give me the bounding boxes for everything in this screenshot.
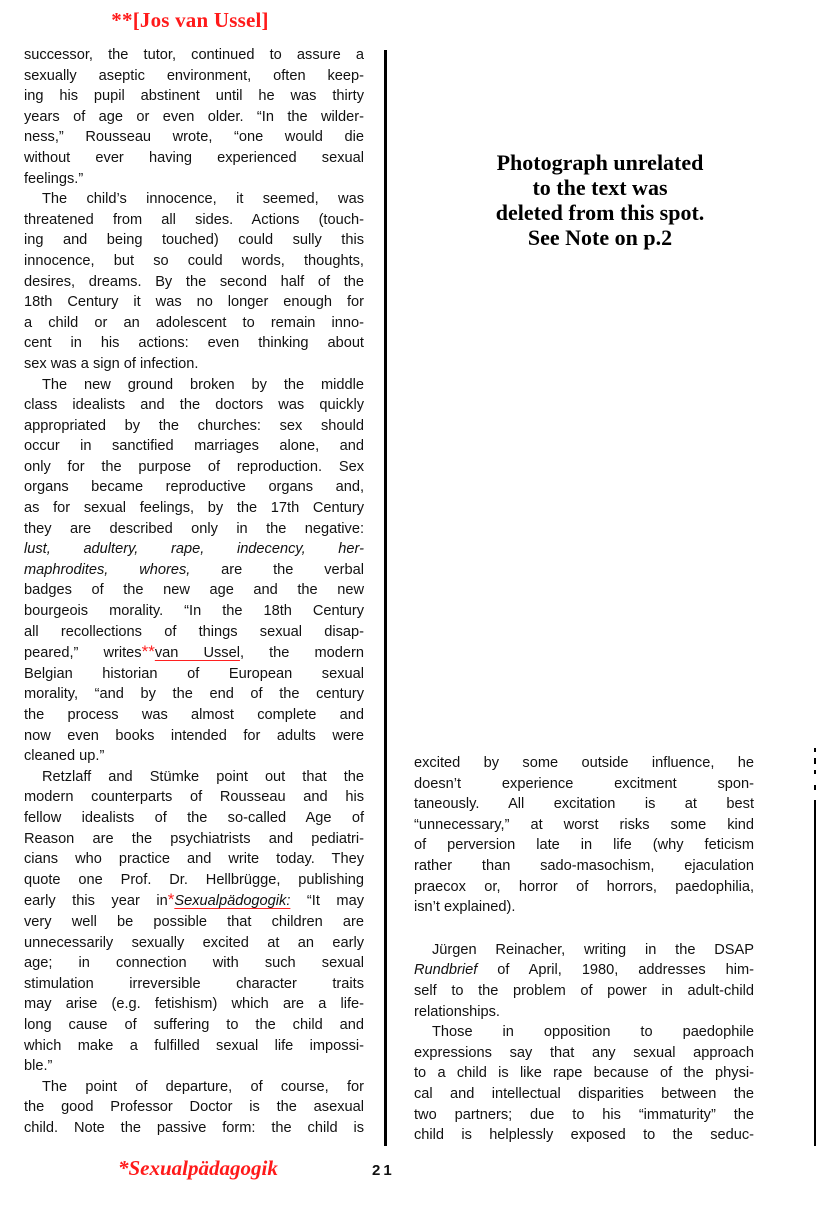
text-line: stimulation irreversible character trait…	[24, 974, 364, 995]
text-line: The child’s innocence, it seemed, was	[24, 189, 364, 210]
paragraph: Retzlaff and Stümke point out that the m…	[24, 767, 364, 1077]
text-line: cal and intellectual disparities between…	[414, 1084, 754, 1105]
text-line: isn’t explained).	[414, 897, 754, 918]
van-ussel-link[interactable]: van Ussel	[155, 645, 240, 661]
paragraph: Jürgen Reinacher, writing in the DSAP Ru…	[414, 940, 754, 1022]
text-line: organs became reproductive organs and,	[24, 477, 364, 498]
text-line: now even books intended for adults were	[24, 726, 364, 747]
italic-text: lust, adultery, rape, indecency, her-	[24, 541, 364, 557]
page-number: 21	[372, 1162, 395, 1179]
text-line: very well be possible that children are	[24, 912, 364, 933]
text-line: The new ground broken by the middle	[24, 375, 364, 396]
text-line: 18th Century it was no longer enough for	[24, 292, 364, 313]
text-line: ness,” Rousseau wrote, “one would die	[24, 127, 364, 148]
text-line: sex was a sign of infection.	[24, 354, 364, 375]
left-column: successor, the tutor, continued to assur…	[24, 45, 364, 1138]
note-line: deleted from this spot.	[450, 200, 750, 225]
column-divider	[384, 50, 387, 1146]
text-line: of perversion late in life (why feticism	[414, 835, 754, 856]
paragraph: The point of departure, of course, for t…	[24, 1077, 364, 1139]
text-line: to a child is like rape because of the p…	[414, 1063, 754, 1084]
text-line: they are described only in the negative:	[24, 519, 364, 540]
text-line: Belgian historian of European sexual	[24, 664, 364, 685]
text-line: badges of the new age and the new	[24, 580, 364, 601]
text-line: child is helplessly exposed to the seduc…	[414, 1125, 754, 1146]
text-line: without ever having experienced sexual	[24, 148, 364, 169]
text-line: praecox or, horror of horrors, paedophil…	[414, 877, 754, 898]
text-line: successor, the tutor, continued to assur…	[24, 45, 364, 66]
text-line: relationships.	[414, 1002, 754, 1023]
text-line: rather than sado-masochism, ejaculation	[414, 856, 754, 877]
annotation-marker: **	[142, 642, 155, 661]
text-line: all recollections of things sexual disap…	[24, 622, 364, 643]
text-line: quote one Prof. Dr. Hellbrügge, publishi…	[24, 870, 364, 891]
text-line: the process was almost complete and	[24, 705, 364, 726]
text-line: as for sexual feelings, by the 17th Cent…	[24, 498, 364, 519]
text-line: early this year in*Sexualpädogogik: “It …	[24, 890, 364, 912]
text-line: Reason are the psychiatrists and pediatr…	[24, 829, 364, 850]
text-line: child. Note the passive form: the child …	[24, 1118, 364, 1139]
annotation-marker: *	[168, 890, 175, 909]
text-line: the good Professor Doctor is the asexual	[24, 1097, 364, 1118]
text-line: unnecessarily sexually excited at an ear…	[24, 933, 364, 954]
text-line: ble.”	[24, 1056, 364, 1077]
text-line: only for the purpose of reproduction. Se…	[24, 457, 364, 478]
header-annotation: **[Jos van Ussel]	[0, 8, 380, 33]
note-line: See Note on p.2	[450, 225, 750, 250]
text-line: ing and being touched) could sully this	[24, 230, 364, 251]
deleted-photo-note: Photograph unrelated to the text was del…	[450, 150, 750, 250]
text-line: Jürgen Reinacher, writing in the DSAP	[414, 940, 754, 961]
text-span: of April, 1980, addresses him-	[477, 962, 754, 978]
text-span: peared,” writes	[24, 645, 142, 661]
text-line: Rundbrief of April, 1980, addresses him-	[414, 960, 754, 981]
text-line: long cause of suffering to the child and	[24, 1015, 364, 1036]
text-line: occur in sanctified marriages alone, and	[24, 436, 364, 457]
text-line: taneously. All excitation is at best	[414, 794, 754, 815]
text-span: are the verbal	[190, 562, 364, 578]
text-line: years of age or even older. “In the wild…	[24, 107, 364, 128]
text-line: cleaned up.”	[24, 746, 364, 767]
text-line: appropriated by the churches: sex should	[24, 416, 364, 437]
text-line: Those in opposition to paedophile	[414, 1022, 754, 1043]
italic-text: Rundbrief	[414, 962, 477, 978]
paragraph: successor, the tutor, continued to assur…	[24, 45, 364, 189]
text-line: Retzlaff and Stümke point out that the	[24, 767, 364, 788]
text-line: class idealists and the doctors was quic…	[24, 395, 364, 416]
text-line: fellow idealists of the so-called Age of	[24, 808, 364, 829]
text-line: The point of departure, of course, for	[24, 1077, 364, 1098]
text-line: innocence, but so could words, thoughts,	[24, 251, 364, 272]
text-line: cians who practice and write today. They	[24, 849, 364, 870]
footer-annotation: *Sexualpädagogik	[118, 1156, 278, 1181]
note-line: to the text was	[450, 175, 750, 200]
text-line: excited by some outside influence, he	[414, 753, 754, 774]
paragraph: Those in opposition to paedophile expres…	[414, 1022, 754, 1146]
text-line: modern counterparts of Rousseau and his	[24, 787, 364, 808]
text-span: , the modern	[240, 645, 364, 661]
text-line: bourgeois morality. “In the 18th Century	[24, 601, 364, 622]
text-line: sexually aseptic environment, often keep…	[24, 66, 364, 87]
italic-text: maphrodites, whores,	[24, 562, 190, 578]
paragraph: excited by some outside influence, he do…	[414, 753, 754, 918]
sexualpadagogik-link[interactable]: Sexualpädogogik:	[174, 893, 290, 909]
text-line: which make a fulfilled sexual life impos…	[24, 1036, 364, 1057]
text-line: morality, “and by the end of the century	[24, 684, 364, 705]
text-line: a child or an adolescent to remain inno-	[24, 313, 364, 334]
text-line: peared,” writes**van Ussel, the modern	[24, 642, 364, 664]
text-line: threatened from all sides. Actions (touc…	[24, 210, 364, 231]
document-page: **[Jos van Ussel] successor, the tutor, …	[0, 0, 816, 1206]
text-line: self to the problem of power in adult-ch…	[414, 981, 754, 1002]
text-line: expressions say that any sexual approach	[414, 1043, 754, 1064]
text-line: maphrodites, whores, are the verbal	[24, 560, 364, 581]
right-column: excited by some outside influence, he do…	[414, 753, 754, 1146]
text-line: ing his pupil abstinent until he was thi…	[24, 86, 364, 107]
text-line: lust, adultery, rape, indecency, her-	[24, 539, 364, 560]
text-line: two partners; due to his “immaturity” th…	[414, 1105, 754, 1126]
text-span: early this year in	[24, 893, 168, 909]
text-line: cent in his actions: even thinking about	[24, 333, 364, 354]
text-line: desires, dreams. By the second half of t…	[24, 272, 364, 293]
paragraph: The new ground broken by the middle clas…	[24, 375, 364, 767]
text-line: may arise (e.g. fetishism) which are a l…	[24, 994, 364, 1015]
text-line: “unnecessary,” at worst risks some kind	[414, 815, 754, 836]
text-span: “It may	[290, 893, 364, 909]
note-line: Photograph unrelated	[450, 150, 750, 175]
paragraph: The child’s innocence, it seemed, was th…	[24, 189, 364, 374]
text-line: feelings.”	[24, 169, 364, 190]
text-line: doesn’t experience excitment spon-	[414, 774, 754, 795]
text-line: age; in connection with such sexual	[24, 953, 364, 974]
